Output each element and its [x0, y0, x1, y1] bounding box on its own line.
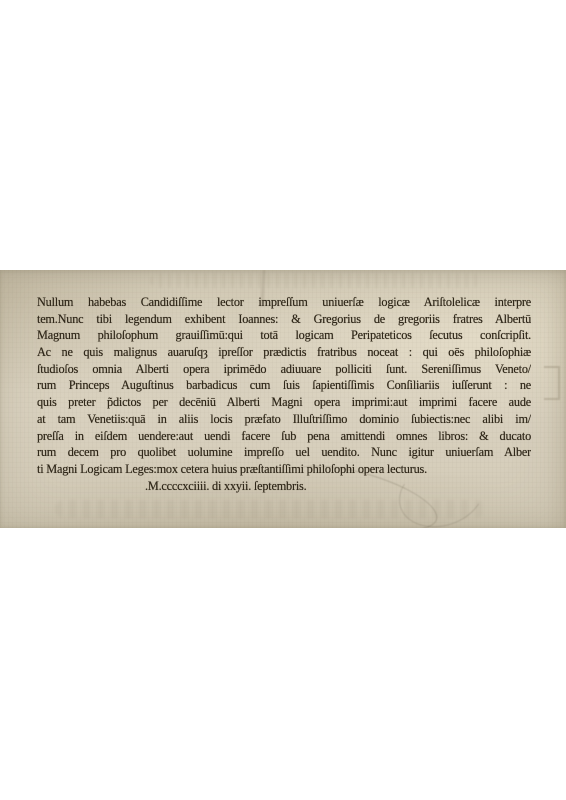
text-line-9: preſſa in eiſdem uendere:aut uendi facer…	[37, 428, 531, 445]
text-line-8: at tam Venetiis:quā in aliis locis præfa…	[37, 411, 531, 428]
scan-edge-shade	[546, 270, 566, 528]
text-line-3: Magnum philoſophum grauiſſimū:qui totā l…	[37, 327, 531, 344]
text-line-1: Nullum habebas Candidiſſime lector impre…	[37, 294, 531, 311]
privilege-paragraph: Nullum habebas Candidiſſime lector impre…	[37, 294, 531, 494]
page: Nullum habebas Candidiſſime lector impre…	[0, 0, 566, 800]
showthrough-smudge-bottom	[55, 500, 485, 518]
scanned-page-strip: Nullum habebas Candidiſſime lector impre…	[0, 270, 566, 528]
date-line: .M.ccccxciiii. di xxyii. ſeptembris.	[37, 478, 531, 495]
text-line-6: rum Princeps Auguſtinus barbadicus cum ſ…	[37, 377, 531, 394]
text-line-11: ti Magni Logicam Leges:mox cetera huius …	[37, 461, 531, 478]
showthrough-smudge-top	[150, 273, 480, 288]
text-line-5: ſtudioſos omnia Alberti opera iprimēdo a…	[37, 361, 531, 378]
text-line-2: tem.Nunc tibi legendum exhibent Ioannes:…	[37, 311, 531, 328]
text-line-4: Ac ne quis malignus auaruſqȝ ipreſſor pr…	[37, 344, 531, 361]
text-line-10: rum decem pro quolibet uolumine impreſſo…	[37, 444, 531, 461]
text-line-7: quis preter p̃dictos per decēniū Alberti…	[37, 394, 531, 411]
